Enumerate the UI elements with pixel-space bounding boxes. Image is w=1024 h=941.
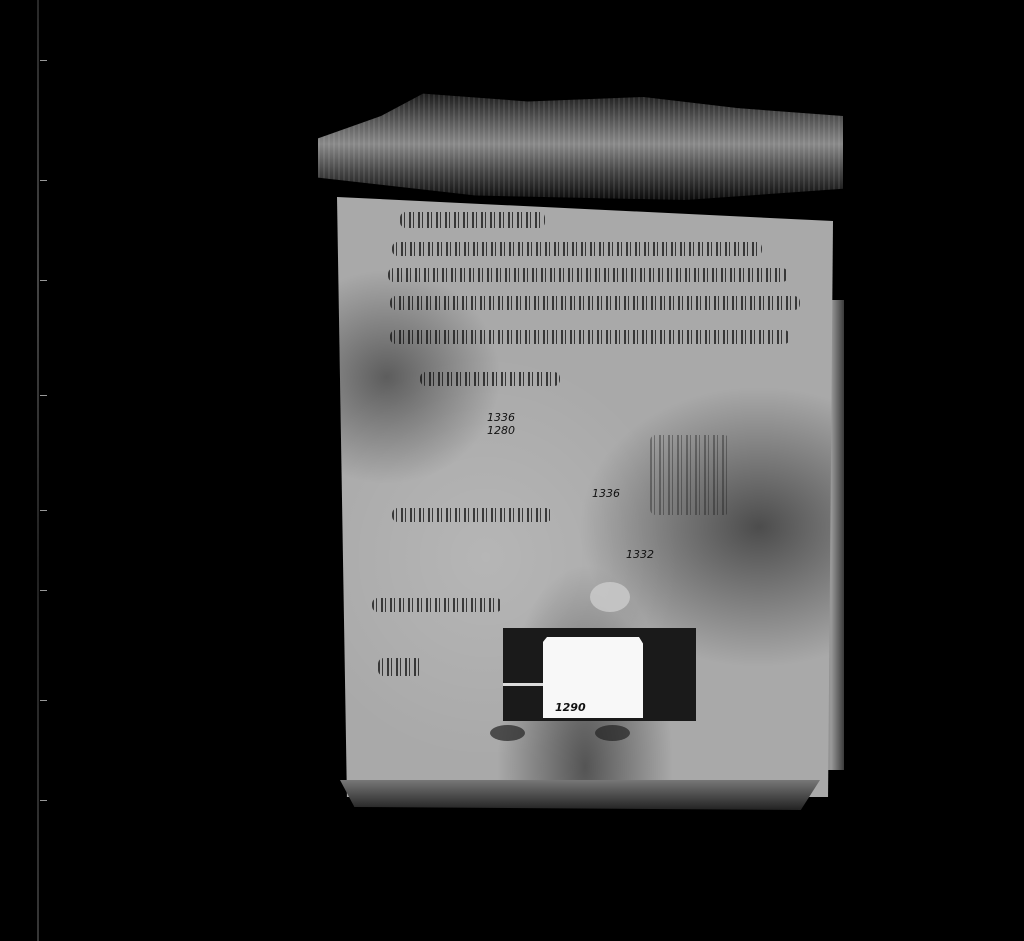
stain [490, 725, 525, 741]
scan-edge-mark [40, 800, 47, 801]
script-note-1 [392, 508, 552, 522]
page-bottom-edge [340, 780, 820, 810]
handwritten-number: 1332 [626, 549, 654, 560]
script-line-3 [390, 296, 800, 310]
scan-edge-mark [40, 510, 47, 511]
script-line-5 [420, 372, 560, 386]
scan-edge-line [37, 0, 39, 941]
script-heading [400, 212, 545, 228]
script-line-1 [392, 242, 762, 256]
script-annotation-right [650, 435, 730, 515]
scan-edge-mark [40, 395, 47, 396]
script-note-2 [372, 598, 502, 612]
handwritten-number: 1336 [487, 412, 515, 423]
script-note-3 [378, 658, 423, 676]
scan-edge-mark [40, 180, 47, 181]
scan-edge-mark [40, 700, 47, 701]
scan-edge-mark [40, 280, 47, 281]
cloth-cover-fragment [318, 88, 843, 200]
script-line-4 [390, 330, 790, 344]
handwritten-number: 1336 [592, 488, 620, 499]
script-line-2 [388, 268, 788, 282]
scan-edge-mark [40, 590, 47, 591]
stain [590, 582, 630, 612]
stain [595, 725, 630, 741]
handwritten-number: 1280 [487, 425, 515, 436]
scan-edge-mark [40, 60, 47, 61]
catalog-number: 1290 [555, 701, 586, 714]
